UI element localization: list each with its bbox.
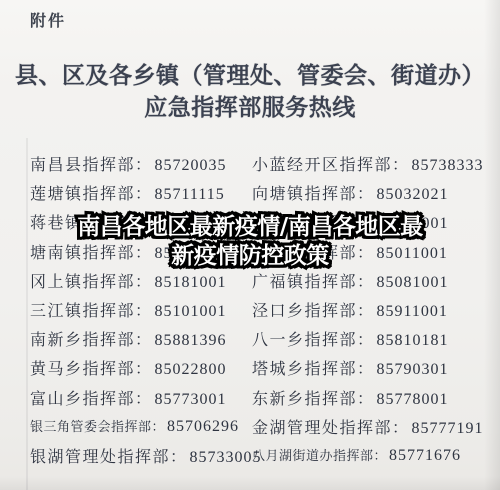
district-label: 泾口乡指挥部： [252, 303, 375, 320]
attachment-label: 附件 [30, 8, 66, 31]
hotline-row: 南昌县指挥部：85720035 小蓝经开区指挥部：85738333 [30, 149, 480, 178]
watermark-caption-text: 南昌各地区最新疫情/南昌各地区最 新疫情防控政策 [0, 213, 500, 271]
document-title-line2: 应急指挥部服务热线 [0, 92, 500, 124]
scanned-document-page: 附件 县、区及各乡镇（管理处、管委会、街道办） 应急指挥部服务热线 南昌县指挥部… [0, 0, 500, 490]
phone-number: 85181001 [155, 274, 227, 291]
district-label: 向塘镇指挥部： [252, 186, 375, 203]
phone-number: 85022800 [155, 361, 227, 378]
document-title-line1: 县、区及各乡镇（管理处、管委会、街道办） [0, 60, 500, 92]
district-label: 八月湖街道办指挥部： [252, 448, 387, 463]
phone-number: 85081001 [377, 274, 449, 291]
scan-edge-shadow-bottom [0, 476, 500, 490]
phone-number: 85773001 [155, 391, 227, 408]
hotline-cell: 银三角管委会指挥部：85706296 [30, 416, 252, 436]
hotline-cell: 富山乡指挥部：85773001 [30, 386, 252, 409]
watermark-line1: 南昌各地区最新疫情/南昌各地区最 [0, 213, 500, 242]
phone-number: 85810181 [377, 332, 449, 349]
district-label: 广福镇指挥部： [252, 274, 375, 291]
hotline-row: 三江镇指挥部：85101001 泾口乡指挥部：85911001 [30, 295, 480, 324]
hotline-cell: 莲塘镇指挥部：85711115 [30, 181, 252, 204]
watermark-line2: 新疫情防控政策 [0, 242, 500, 271]
hotline-cell: 八一乡指挥部：85810181 [252, 327, 480, 350]
district-label: 塔城乡指挥部： [252, 361, 375, 378]
hotline-row: 黄马乡指挥部：85022800 塔城乡指挥部：85790301 [30, 353, 480, 382]
hotline-table: 南昌县指挥部：85720035 小蓝经开区指挥部：85738333 莲塘镇指挥部… [30, 149, 480, 470]
phone-number: 85032021 [377, 186, 449, 203]
hotline-row: 莲塘镇指挥部：85711115 向塘镇指挥部：85032021 [30, 178, 480, 207]
district-label: 黄马乡指挥部： [30, 361, 153, 378]
hotline-cell: 向塘镇指挥部：85032021 [252, 181, 480, 204]
phone-number: 85706296 [167, 418, 239, 435]
district-label: 金湖管理处指挥部： [252, 420, 410, 437]
district-label: 小蓝经开区指挥部： [252, 157, 410, 174]
hotline-cell: 小蓝经开区指挥部：85738333 [252, 152, 484, 175]
district-label: 八一乡指挥部： [252, 332, 375, 349]
phone-number: 85777191 [412, 420, 484, 437]
hotline-row: 银湖管理处指挥部：85733005 八月湖街道办指挥部：85771676 [30, 441, 480, 470]
district-label: 三江镇指挥部： [30, 303, 153, 320]
phone-number: 85101001 [155, 303, 227, 320]
district-label: 莲塘镇指挥部： [30, 186, 153, 203]
hotline-cell: 八月湖街道办指挥部：85771676 [252, 445, 480, 465]
page-fold-line [26, 138, 28, 490]
watermark-caption: 南昌各地区最新疫情/南昌各地区最 新疫情防控政策 南昌各地区最新疫情/南昌各地区… [0, 213, 500, 275]
district-label: 冈上镇指挥部： [30, 274, 153, 291]
hotline-cell: 泾口乡指挥部：85911001 [252, 298, 480, 321]
district-label: 南昌县指挥部： [30, 157, 153, 174]
hotline-row: 南新乡指挥部：85881396 八一乡指挥部：85810181 [30, 324, 480, 353]
district-label: 银湖管理处指挥部： [30, 449, 188, 466]
phone-number: 85881396 [155, 332, 227, 349]
hotline-cell: 黄马乡指挥部：85022800 [30, 356, 252, 379]
document-title: 县、区及各乡镇（管理处、管委会、街道办） 应急指挥部服务热线 [0, 60, 500, 124]
hotline-cell: 南新乡指挥部：85881396 [30, 327, 252, 350]
district-label: 富山乡指挥部： [30, 391, 153, 408]
hotline-cell: 银湖管理处指挥部：85733005 [30, 444, 252, 467]
phone-number: 85738333 [412, 157, 484, 174]
phone-number: 85720035 [155, 157, 227, 174]
hotline-cell: 三江镇指挥部：85101001 [30, 298, 252, 321]
district-label: 东新乡指挥部： [252, 391, 375, 408]
hotline-cell: 南昌县指挥部：85720035 [30, 152, 252, 175]
phone-number: 85711115 [155, 186, 225, 203]
phone-number: 85778001 [377, 391, 449, 408]
hotline-row: 银三角管委会指挥部：85706296 金湖管理处指挥部：85777191 [30, 412, 480, 441]
phone-number: 85733005 [190, 449, 262, 466]
hotline-row: 富山乡指挥部：85773001 东新乡指挥部：85778001 [30, 383, 480, 412]
phone-number: 85771676 [389, 447, 461, 464]
hotline-cell: 金湖管理处指挥部：85777191 [252, 415, 484, 438]
district-label: 银三角管委会指挥部： [30, 419, 165, 434]
hotline-cell: 塔城乡指挥部：85790301 [252, 356, 480, 379]
phone-number: 85790301 [377, 361, 449, 378]
phone-number: 85911001 [377, 303, 448, 320]
district-label: 南新乡指挥部： [30, 332, 153, 349]
hotline-cell: 东新乡指挥部：85778001 [252, 386, 480, 409]
